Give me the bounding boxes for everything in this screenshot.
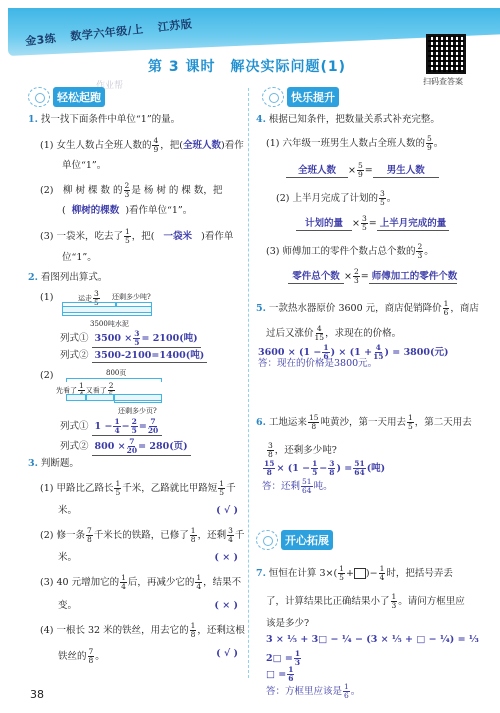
q3-stem: 3.判断题。: [28, 458, 79, 470]
diagram-book-pages: 800页 先看了14又看了25 还剩多少页?: [56, 368, 166, 414]
q7-answer: 答：方框里应该是16。: [266, 683, 360, 700]
q1-part1: (1) 女生人数占全班人数的49，把(全班人数)看作: [40, 137, 244, 154]
q5-stem-cont: 过后又涨价415，求现在的价格。: [266, 325, 401, 342]
q1-part2: (2) 柳 树 棵 数 的23是 杨 树 的 棵 数，把: [40, 182, 222, 199]
q2-p1-eq2: 列式② 3500-2100=1400(吨): [60, 350, 207, 363]
judgment-mark: ( √ ): [216, 648, 238, 660]
q3-item-3-cont: 变。( × ): [58, 600, 238, 612]
q3-item-1-cont: 米。( √ ): [58, 505, 238, 517]
q3-item-3: (3) 40 元增加它的14后，再减少它的14，结果不: [40, 574, 241, 591]
edition: 江苏版: [157, 18, 193, 35]
q1-answer-2: 柳树的棵数: [72, 205, 120, 216]
q6-answer: 答：还剩5164吨。: [262, 478, 333, 495]
section-label: 开心拓展: [281, 530, 333, 550]
q7-solution-line3: □ =16: [266, 666, 295, 683]
mascot-icon: [28, 87, 50, 107]
q5-stem: 5.一款热水器原价 3600 元，商店促销降价16，商店: [256, 300, 479, 317]
q7-stem-cont2: 该是多少?: [266, 618, 309, 630]
q4-stem: 4.根据已知条件，把数量关系式补充完整。: [256, 114, 440, 126]
q1-answer-3: 一袋米: [164, 231, 193, 242]
q3-item-2-cont: 米。( × ): [58, 552, 238, 564]
q4-item-3: (3) 师傅加工的零件个数占总个数的23。: [266, 243, 434, 260]
column-divider: [248, 88, 249, 678]
q1-part3-cont: 位“1”。: [62, 252, 97, 264]
section-label: 快乐提升: [287, 87, 339, 107]
q6-stem: 6.工地运来158吨黄沙，第一天用去15，第二天用去: [256, 414, 472, 431]
section-extend: 开心拓展: [256, 530, 333, 550]
q4-item-2-relation: 计划的量×35=上半月完成的量: [296, 215, 449, 232]
section-label: 轻松起跑: [53, 87, 105, 107]
q4-item-1-relation: 全班人数×59=男生人数: [286, 162, 439, 179]
q4-item-1: (1) 六年级一班男生人数占全班人数的59。: [266, 135, 443, 152]
q7-stem-cont: 了，计算结果比正确结果小了13。请问方框里应: [266, 593, 465, 610]
q4-item-3-relation: 零件总个数×23=师傅加工的零件个数: [288, 268, 457, 285]
q3-item-2: (2) 修一条78千米长的铁路，已修了18，还剩34千: [40, 527, 244, 544]
q2-p2-eq2: 列式② 800 ×720= 280(页): [60, 438, 191, 456]
qr-code[interactable]: [426, 34, 466, 74]
q1-part1-cont: 单位“1”。: [62, 160, 106, 172]
qr-label: 扫码查答案: [423, 76, 463, 87]
q1-answer-1: 全班人数: [183, 140, 221, 151]
q2-stem: 2.看图列出算式。: [28, 272, 107, 284]
mascot-icon: [256, 530, 278, 550]
blank-box: [354, 568, 366, 579]
mascot-icon: [262, 87, 284, 107]
q5-answer: 答：现在的价格是3800元。: [258, 358, 377, 370]
judgment-mark: ( × ): [214, 600, 238, 612]
series-brand: 金3练: [25, 32, 57, 48]
section-warmup: 轻松起跑: [28, 87, 105, 107]
q7-stem: 7.恒恒在计算 3×(15+)−14时，把括号弄丢: [256, 565, 453, 582]
q3-item-4-cont: 铁丝的78。( √ ): [58, 648, 238, 665]
q7-solution-line2: 2□ =13: [266, 650, 302, 667]
q3-item-1: (1) 甲路比乙路长15千米，乙路就比甲路短15千: [40, 480, 236, 497]
q6-solution: 158× (1 −15−38) =5164(吨): [262, 460, 385, 477]
q7-solution-line1: 3 × ⅕ + 3□ − ¼ − (3 × ⅕ + □ − ¼) = ⅓: [266, 634, 479, 646]
q2-part2-label: (2): [40, 370, 53, 382]
section-improve: 快乐提升: [262, 87, 339, 107]
q1-part2-cont: ( 柳树的棵数 )看作单位“1”。: [62, 205, 192, 217]
judgment-mark: ( √ ): [216, 505, 238, 517]
q3-item-4: (4) 一根长 32 米的铁丝，用去它的18，还剩这根: [40, 622, 245, 639]
q1-part3: (3) 一袋米，吃去了15，把( 一袋米 )看作单: [40, 228, 233, 245]
q6-stem-cont: 38，还剩多少吨?: [266, 442, 337, 459]
judgment-mark: ( × ): [214, 552, 238, 564]
page-number: 38: [30, 688, 44, 701]
q2-p2-eq1: 列式① 1 −14−25=720: [60, 418, 162, 436]
diagram-cement: 运走35 还剩多少吨? 3500吨水泥: [60, 290, 160, 330]
q4-item-2: (2) 上半月完成了计划的35。: [276, 190, 396, 207]
q2-p1-eq1: 列式① 3500 ×35= 2100(吨): [60, 330, 201, 348]
lesson-title: 第 3 课时 解决实际问题(1): [148, 56, 346, 76]
q2-part1-label: (1): [40, 292, 53, 304]
q1-stem: 1.找一找下面条件中单位“1”的量。: [28, 114, 180, 126]
